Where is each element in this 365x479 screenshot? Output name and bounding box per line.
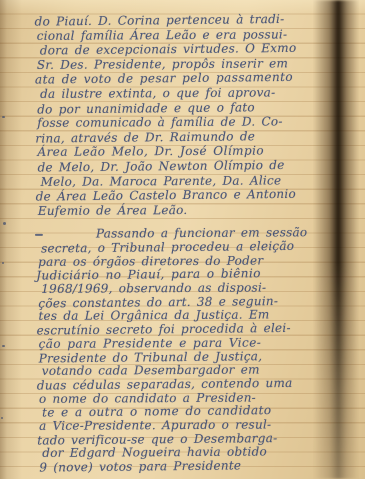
ink-speck [2, 262, 4, 264]
ink-speck [1, 417, 3, 419]
ink-speck [2, 345, 5, 347]
handwritten-line: 9 (nove) votos para Presidente [39, 458, 331, 475]
handwritten-line: do por unanimidade e que o fato [37, 99, 329, 117]
ink-speck [2, 116, 5, 118]
handwritten-line: rina, através de Dr. Raimundo de [35, 128, 329, 146]
handwritten-line: Eufemio de Área Leão. [38, 202, 330, 218]
paragraph: Passando a funcionar em sessãosecreta, o… [38, 226, 331, 474]
handwritten-line: duas cédulas separadas, contendo uma [37, 376, 331, 393]
ink-speck [3, 222, 6, 225]
paragraph: do Piauí. D. Corina pertenceu à tradi-ci… [37, 12, 330, 218]
handwriting-block: do Piauí. D. Corina pertenceu à tradi-ci… [37, 12, 332, 474]
page-left-edge-shadow [0, 0, 22, 479]
handwritten-line: ções constantes do art. 38 e seguin- [38, 294, 330, 311]
manuscript-page: do Piauí. D. Corina pertenceu à tradi-ci… [0, 0, 365, 479]
handwritten-line: tado verificou-se que o Desembarga- [37, 431, 331, 448]
handwritten-line: de Melo, Dr. João Newton Olímpio de [37, 157, 329, 175]
handwritten-line: do Piauí. D. Corina pertenceu à tradi- [35, 11, 329, 29]
handwritten-line: Presidente do Tribunal de Justiça, [39, 349, 331, 366]
